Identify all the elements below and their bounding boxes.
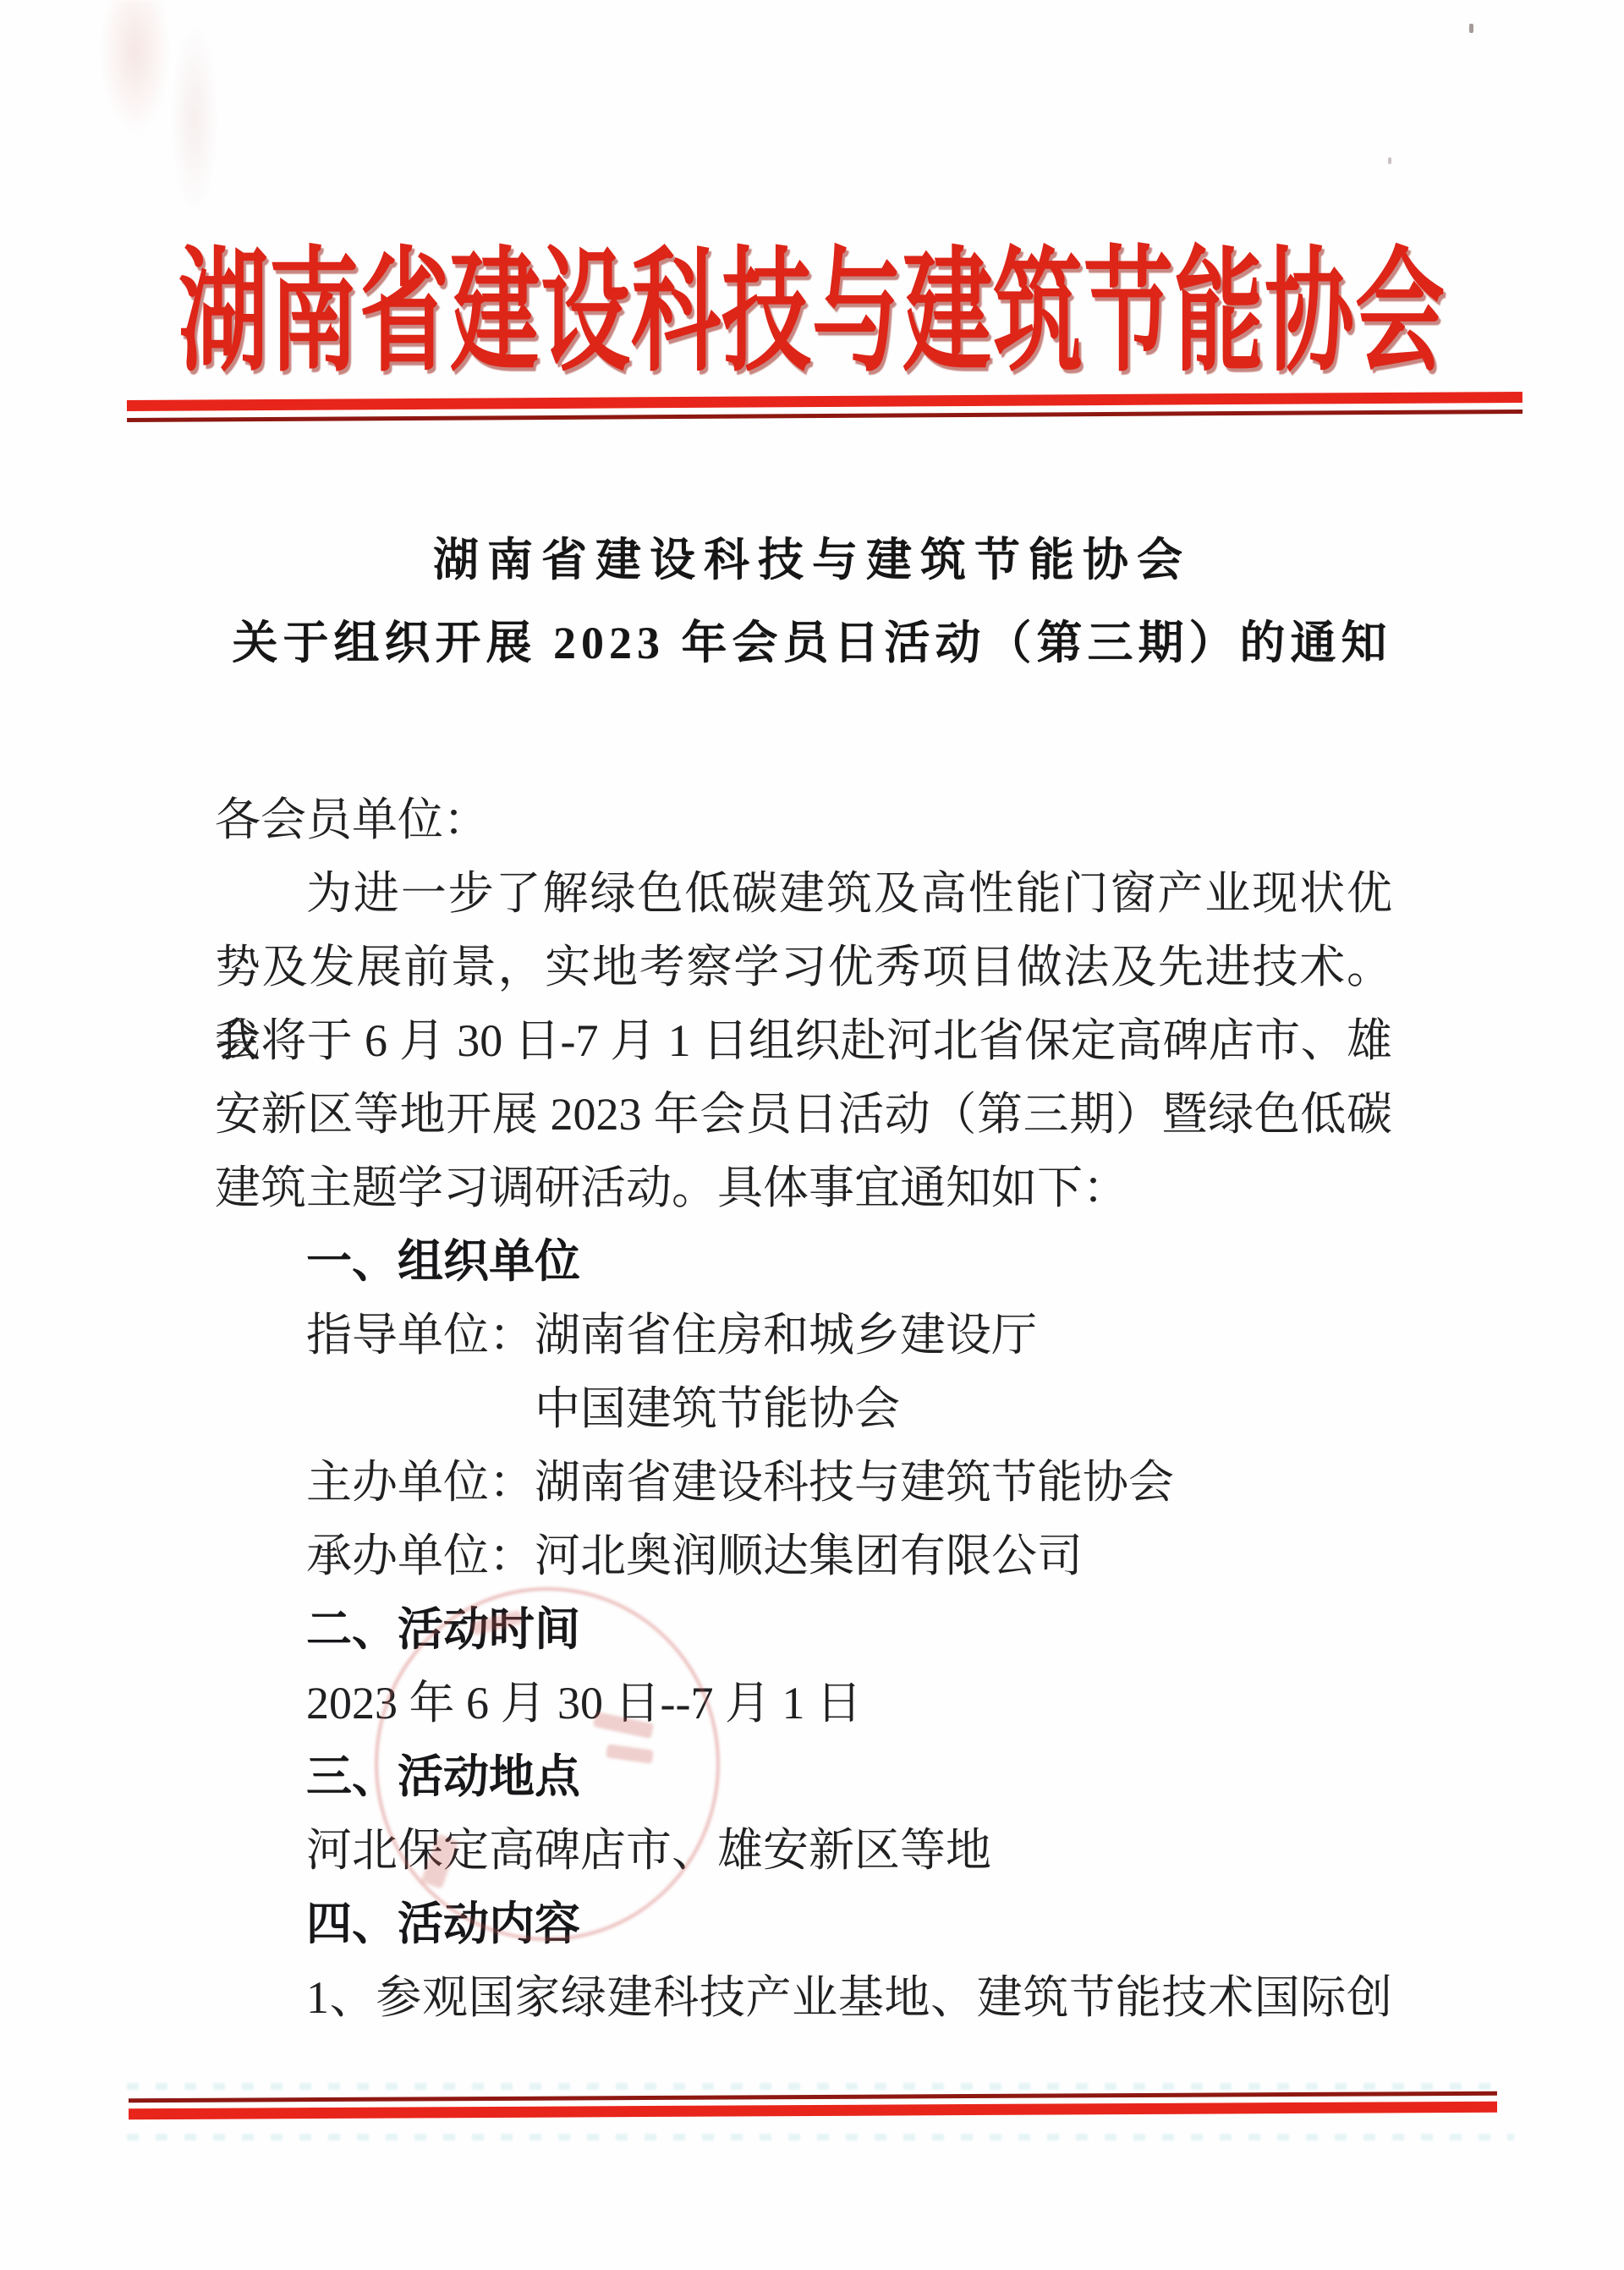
letterhead-separator-rule <box>127 392 1522 422</box>
scanned-notice-page: 湖南省建设科技与建筑节能协会 湖南省建设科技与建筑节能协会 关于组织开展 202… <box>0 0 1624 2270</box>
salutation: 各会员单位： <box>215 783 1392 857</box>
body-text-block: 各会员单位： 为进一步了解绿色低碳建筑及高性能门窗产业现状优 势及发展前景，实地… <box>215 783 1392 2035</box>
section-heading-3: 三、活动地点 <box>215 1740 1392 1814</box>
letterhead-org-name: 湖南省建设科技与建筑节能协会 <box>0 243 1624 386</box>
body-line: 承办单位：河北奥润顺达集团有限公司 <box>215 1520 1392 1593</box>
body-line: 建筑主题学习调研活动。具体事宜通知如下： <box>215 1151 1392 1225</box>
scan-smudge <box>85 0 304 237</box>
document-title-line1: 湖南省建设科技与建筑节能协会 <box>0 537 1624 583</box>
scan-noise-strip <box>127 2134 1514 2141</box>
rule-thick-red-line <box>129 2102 1497 2119</box>
body-line: 中国建筑节能协会 <box>215 1372 1392 1446</box>
body-line: 2023 年 6 月 30 日--7 月 1 日 <box>215 1667 1392 1740</box>
section-heading-4: 四、活动内容 <box>215 1888 1392 1961</box>
footer-separator-rule <box>129 2091 1497 2119</box>
body-line: 会将于 6 月 30 日-7 月 1 日组织赴河北省保定高碑店市、雄 <box>215 1004 1392 1078</box>
body-line: 1、参观国家绿建科技产业基地、建筑节能技术国际创 <box>215 1961 1392 2035</box>
rule-thin-darkred-line <box>127 409 1522 422</box>
body-line: 为进一步了解绿色低碳建筑及高性能门窗产业现状优 <box>215 857 1392 931</box>
section-heading-2: 二、活动时间 <box>215 1593 1392 1667</box>
body-line: 主办单位：湖南省建设科技与建筑节能协会 <box>215 1446 1392 1520</box>
document-title-line2: 关于组织开展 2023 年会员日活动（第三期）的通知 <box>0 620 1624 666</box>
scan-noise-strip <box>127 2083 1506 2090</box>
rule-thick-red-line <box>127 392 1522 411</box>
scan-speck <box>1469 24 1473 33</box>
body-line: 势及发展前景，实地考察学习优秀项目做法及先进技术。我 <box>215 931 1392 1004</box>
section-heading-1: 一、组织单位 <box>215 1225 1392 1299</box>
body-line: 河北保定高碑店市、雄安新区等地 <box>215 1814 1392 1888</box>
body-line: 安新区等地开展 2023 年会员日活动（第三期）暨绿色低碳 <box>215 1078 1392 1151</box>
rule-thin-darkred-line <box>129 2091 1497 2102</box>
scan-speck <box>1388 157 1391 164</box>
body-line: 指导单位：湖南省住房和城乡建设厅 <box>215 1299 1392 1372</box>
